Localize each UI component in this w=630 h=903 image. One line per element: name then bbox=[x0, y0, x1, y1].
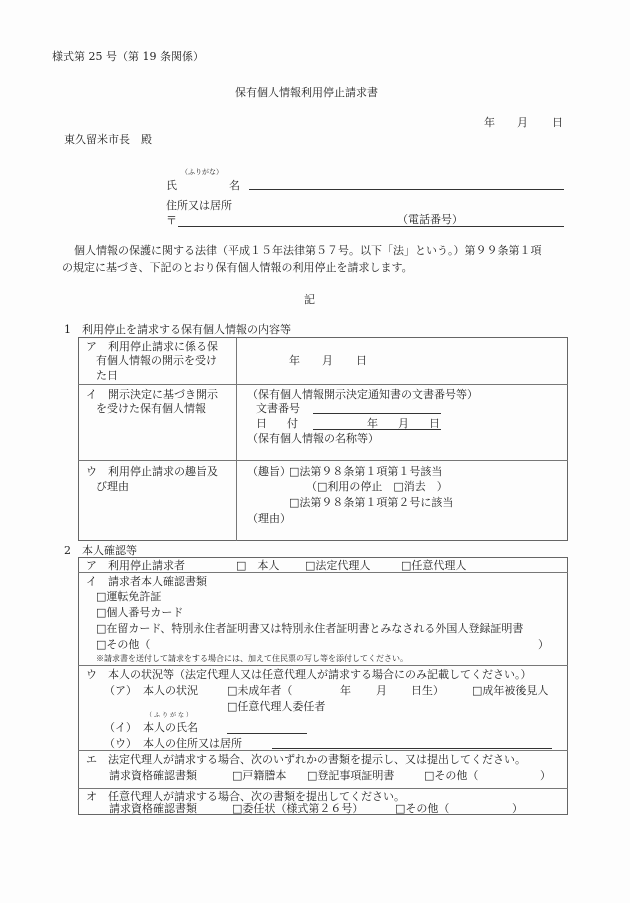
s2-u-sub-u-num: （ウ） bbox=[104, 738, 137, 749]
s2-e-opt-1[interactable]: □戸籍謄本 bbox=[232, 770, 286, 781]
s2-i-other-close: ） bbox=[538, 639, 549, 650]
s2-a-opt-voluntary[interactable]: □任意代理人 bbox=[401, 560, 466, 571]
s2-u-label: ウ 本人の状況等（法定代理人又は任意代理人が請求する場合にのみ記載してください。… bbox=[86, 669, 532, 680]
s2-e-opt-2[interactable]: □登記事項証明書 bbox=[307, 770, 394, 781]
s2-a-opt-legal[interactable]: □法定代理人 bbox=[305, 560, 370, 571]
date-year-label: 年 bbox=[484, 117, 495, 128]
s1-i-date-label-2: 付 bbox=[287, 418, 298, 429]
s1-a-day: 日 bbox=[356, 355, 367, 366]
s1-a-year: 年 bbox=[289, 355, 300, 366]
s1-a-label-line: た日 bbox=[96, 370, 118, 381]
s1-u-reason-label: （理由） bbox=[247, 513, 291, 524]
s2-u-sub-i-num: （イ） bbox=[104, 722, 137, 733]
s1-a-month: 月 bbox=[322, 355, 333, 366]
s1-i-date-label-1: 日 bbox=[256, 418, 267, 429]
s1-i-day: 日 bbox=[429, 418, 440, 429]
s1-u-option-1-sub[interactable]: （□利用の停止 □消去 ） bbox=[306, 481, 448, 492]
intro-line-2: の規定に基づき、下記のとおり保有個人情報の利用停止を請求します。 bbox=[62, 262, 413, 273]
s2-o-opt-1[interactable]: □委任状（様式第２６号） bbox=[232, 803, 363, 814]
s2-e-opt-3[interactable]: □その他（ bbox=[424, 770, 478, 781]
s2-e-label: エ 法定代理人が請求する場合、次のいずれかの書類を提示し、又は提出してください。 bbox=[86, 754, 526, 765]
s2-o-close: ） bbox=[512, 803, 523, 814]
s2-o-docs-label: 請求資格確認書類 bbox=[109, 803, 197, 814]
s2-o-opt-2[interactable]: □その他（ bbox=[395, 803, 449, 814]
section1-heading: 1 利用停止を請求する保有個人情報の内容等 bbox=[64, 324, 291, 335]
s2-i-option[interactable]: □その他（ bbox=[96, 639, 150, 650]
s1-i-label-line: イ 開示決定に基づき開示 bbox=[86, 389, 218, 400]
divider bbox=[78, 750, 568, 751]
s2-u-birth: 日生） bbox=[411, 685, 444, 696]
phone-label: （電話番号） bbox=[397, 214, 463, 225]
s1-u-label-line: ウ 利用停止請求の趣旨及 bbox=[86, 466, 218, 477]
s2-a-label: ア 利用停止請求者 bbox=[86, 560, 185, 571]
s1-a-label-line: 有個人情報の開示を受け bbox=[96, 355, 217, 366]
s1-u-purpose-label: （趣旨） bbox=[247, 466, 291, 477]
s2-u-year: 年 bbox=[340, 685, 351, 696]
s1-a-label-line: ア 利用停止請求に係る保 bbox=[86, 341, 218, 352]
s2-u-sub-a-num: （ア） bbox=[104, 685, 137, 696]
section2-heading: 2 本人確認等 bbox=[64, 545, 137, 556]
s2-i-note: ※請求書を送付して請求をする場合には、加えて住民票の写し等を添付してください。 bbox=[96, 655, 408, 663]
s1-u-label-line: び理由 bbox=[96, 481, 129, 492]
divider bbox=[78, 460, 568, 461]
divider bbox=[78, 665, 568, 666]
form-number: 様式第 25 号（第 19 条関係） bbox=[52, 51, 204, 62]
s2-u-sub-a-label: 本人の状況 bbox=[143, 685, 198, 696]
s2-u-furigana: （ふりがな） bbox=[146, 713, 194, 719]
s1-i-year: 年 bbox=[367, 418, 378, 429]
s2-i-option[interactable]: □運転免許証 bbox=[96, 591, 161, 602]
s1-u-option-1[interactable]: □法第９８条第１項第１号該当 bbox=[289, 466, 442, 477]
s2-a-opt-self[interactable]: □ 本人 bbox=[236, 560, 279, 571]
s2-o-label: オ 任意代理人が請求する場合、次の書類を提出してください。 bbox=[86, 791, 405, 802]
s2-i-label: イ 請求者本人確認書類 bbox=[86, 576, 207, 587]
principal-address-input-line[interactable] bbox=[272, 748, 552, 749]
s1-i-doc-number-label: 文書番号 bbox=[256, 403, 300, 414]
s2-i-option[interactable]: □在留カード、特別永住者証明書又は特別永住者証明書とみなされる外国人登録証明書 bbox=[96, 623, 523, 634]
divider bbox=[78, 572, 568, 573]
divider bbox=[78, 788, 568, 789]
s2-i-option[interactable]: □個人番号カード bbox=[96, 607, 183, 618]
divider bbox=[78, 384, 568, 385]
principal-name-input-line[interactable] bbox=[227, 733, 307, 734]
address-input-line[interactable] bbox=[178, 226, 564, 227]
s2-u-sub-u-label: 本人の住所又は居所 bbox=[143, 738, 242, 749]
address-label: 住所又は居所 bbox=[166, 200, 232, 211]
s2-u-minor[interactable]: □未成年者（ bbox=[227, 685, 292, 696]
date-month-label: 月 bbox=[517, 117, 528, 128]
name-label-2: 名 bbox=[229, 180, 240, 191]
s1-i-month: 月 bbox=[398, 418, 409, 429]
section1-col-divider bbox=[236, 337, 237, 541]
s2-e-close: ） bbox=[540, 770, 551, 781]
page-title: 保有個人情報利用停止請求書 bbox=[235, 87, 378, 98]
s2-e-docs-label: 請求資格確認書類 bbox=[109, 770, 197, 781]
date-day-label: 日 bbox=[552, 117, 563, 128]
s1-i-name-header: （保有個人情報の名称等） bbox=[247, 433, 379, 444]
addressee: 東久留米市長 殿 bbox=[64, 134, 152, 145]
s2-u-principal[interactable]: □任意代理人委任者 bbox=[227, 701, 325, 712]
postal-mark: 〒 bbox=[166, 215, 177, 226]
s2-u-sub-i-label: 本人の氏名 bbox=[143, 722, 198, 733]
ki-heading: 記 bbox=[304, 294, 315, 305]
s2-u-adult-ward[interactable]: □成年被後見人 bbox=[472, 685, 548, 696]
name-label-1: 氏 bbox=[166, 180, 177, 191]
name-input-line[interactable] bbox=[249, 189, 564, 190]
doc-number-input-line[interactable] bbox=[313, 413, 441, 414]
s1-u-option-2[interactable]: □法第９８条第１項第２号に該当 bbox=[289, 497, 453, 508]
intro-line-1: 個人情報の保護に関する法律（平成１５年法律第５７号。以下「法」という。）第９９条… bbox=[74, 245, 542, 256]
furigana-label: （ふりがな） bbox=[181, 169, 223, 176]
s2-u-month: 月 bbox=[376, 685, 387, 696]
s1-i-doc-header: （保有個人情報開示決定通知書の文書番号等） bbox=[247, 389, 478, 400]
s1-i-label-line: を受けた保有個人情報 bbox=[96, 403, 206, 414]
